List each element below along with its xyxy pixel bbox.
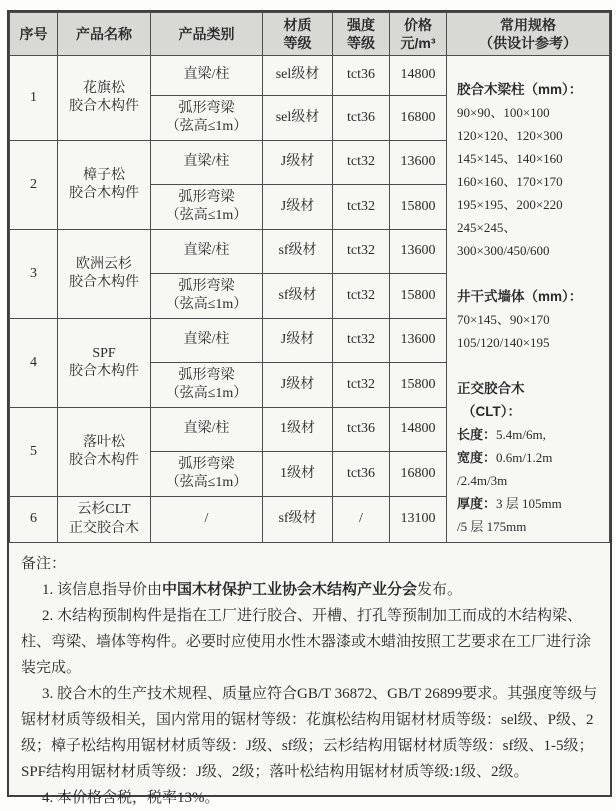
type-line: 直梁/柱	[153, 242, 260, 260]
header-line: 强度	[335, 16, 387, 34]
cell-product-type: 直梁/柱	[151, 319, 263, 363]
cell-seq: 6	[10, 497, 58, 543]
spec-line: 长度：5.4m/6m,	[457, 423, 605, 446]
product-name-line: 樟子松	[60, 167, 148, 185]
cell-material: J级材	[263, 141, 333, 185]
col-header-strength-grade: 强度 等级	[333, 13, 390, 56]
cell-seq: 2	[10, 141, 58, 230]
spec-line: 300×300/450/600	[457, 239, 605, 262]
cell-price: 13100	[390, 497, 447, 543]
cell-strength: tct32	[333, 274, 390, 319]
product-name-line: SPF	[60, 345, 148, 363]
type-line: 直梁/柱	[153, 331, 260, 349]
spec-title-clt: 正交胶合木	[457, 377, 605, 400]
spec-line: 160×160、170×170	[457, 170, 605, 193]
spec-line: 105/120/140×195	[457, 331, 605, 354]
cell-product-type: 弧形弯梁 （弦高≤1m）	[151, 363, 263, 408]
note-item-3: 3. 胶合木的生产技术规程、质量应符合GB/T 36872、GB/T 26899…	[21, 681, 598, 785]
spec-line: 145×145、140×160	[457, 147, 605, 170]
notes-title: 备注：	[21, 551, 598, 577]
cell-seq: 5	[10, 408, 58, 497]
cell-strength: /	[333, 497, 390, 543]
col-header-product-name: 产品名称	[58, 13, 151, 56]
type-line: /	[153, 510, 260, 528]
cell-material: J级材	[263, 185, 333, 230]
spec-value: 5.4m/6m,	[496, 427, 546, 442]
product-name-line: 正交胶合木	[60, 520, 148, 538]
header-line: 常用规格	[449, 16, 607, 34]
header-line: 材质	[265, 16, 330, 34]
product-name-line: 胶合木构件	[60, 452, 148, 470]
header-line: 元/m³	[392, 34, 444, 52]
type-line: 弧形弯梁	[153, 278, 260, 296]
cell-product-type: /	[151, 497, 263, 543]
cell-product-name: 欧洲云杉 胶合木构件	[58, 230, 151, 319]
cell-product-type: 弧形弯梁 （弦高≤1m）	[151, 96, 263, 141]
note-text: 1. 该信息指导价由	[42, 582, 162, 598]
type-line: 弧形弯梁	[153, 456, 260, 474]
spec-line: 70×145、90×170	[457, 308, 605, 331]
header-line: （供设计参考）	[449, 34, 607, 52]
cell-material: sel级材	[263, 56, 333, 96]
product-name-line: 欧洲云杉	[60, 256, 148, 274]
cell-product-name: 云杉CLT 正交胶合木	[58, 497, 151, 543]
cell-product-type: 直梁/柱	[151, 141, 263, 185]
product-name-line: 胶合木构件	[60, 185, 148, 203]
cell-product-name: 樟子松 胶合木构件	[58, 141, 151, 230]
note-item-1: 1. 该信息指导价由中国木材保护工业协会木结构产业分会发布。	[21, 577, 598, 603]
cell-price: 14800	[390, 56, 447, 96]
spec-value: 0.6m/1.2m	[496, 450, 552, 465]
cell-strength: tct32	[333, 230, 390, 274]
price-table: 序号 产品名称 产品类别 材质 等级 强度 等级 价格 元/m³ 常用规格 （供…	[9, 12, 610, 543]
spec-value: /5 层 175mm	[457, 519, 526, 534]
table-row: 1 花旗松 胶合木构件 直梁/柱 sel级材 tct36 14800 胶合木梁柱…	[10, 56, 610, 96]
spec-label: 宽度：	[457, 450, 496, 465]
cell-price: 14800	[390, 408, 447, 452]
cell-strength: tct32	[333, 185, 390, 230]
cell-price: 15800	[390, 274, 447, 319]
spec-label: 厚度：	[457, 496, 496, 511]
cell-seq: 3	[10, 230, 58, 319]
cell-product-name: 落叶松 胶合木构件	[58, 408, 151, 497]
header-line: 等级	[335, 34, 387, 52]
cell-strength: tct32	[333, 141, 390, 185]
col-header-material-grade: 材质 等级	[263, 13, 333, 56]
spec-gap	[457, 354, 605, 377]
cell-product-name: 花旗松 胶合木构件	[58, 56, 151, 141]
product-name-line: 胶合木构件	[60, 98, 148, 116]
note-item-4: 4. 本价格含税，税率13%。	[21, 785, 598, 811]
spec-line: /2.4m/3m	[457, 469, 605, 492]
type-line: （弦高≤1m）	[153, 474, 260, 492]
spec-line: 245×245、	[457, 216, 605, 239]
product-name-line: 胶合木构件	[60, 363, 148, 381]
type-line: 直梁/柱	[153, 153, 260, 171]
cell-price: 16800	[390, 96, 447, 141]
header-line: 价格	[392, 16, 444, 34]
type-line: （弦高≤1m）	[153, 207, 260, 225]
cell-product-type: 弧形弯梁 （弦高≤1m）	[151, 274, 263, 319]
product-name-line: 云杉CLT	[60, 501, 148, 519]
type-line: （弦高≤1m）	[153, 385, 260, 403]
spec-line: 宽度：0.6m/1.2m	[457, 446, 605, 469]
spec-title-glulam-beams: 胶合木梁柱（mm）：	[457, 78, 605, 101]
cell-common-specs: 胶合木梁柱（mm）： 90×90、100×100 120×120、120×300…	[447, 56, 610, 543]
spec-line: 90×90、100×100	[457, 101, 605, 124]
type-line: 弧形弯梁	[153, 189, 260, 207]
spec-line: /5 层 175mm	[457, 515, 605, 538]
type-line: 直梁/柱	[153, 66, 260, 84]
header-line: 等级	[265, 34, 330, 52]
cell-strength: tct36	[333, 56, 390, 96]
cell-material: sel级材	[263, 96, 333, 141]
cell-price: 13600	[390, 319, 447, 363]
cell-price: 15800	[390, 363, 447, 408]
document-sheet: 序号 产品名称 产品类别 材质 等级 强度 等级 价格 元/m³ 常用规格 （供…	[7, 10, 612, 797]
col-header-product-type: 产品类别	[151, 13, 263, 56]
notes-section: 备注： 1. 该信息指导价由中国木材保护工业协会木结构产业分会发布。 2. 木结…	[9, 543, 610, 811]
spec-title-log-walls: 井干式墙体（mm）：	[457, 285, 605, 308]
type-line: 直梁/柱	[153, 420, 260, 438]
cell-price: 16800	[390, 452, 447, 497]
spec-title-clt-2: （CLT）：	[457, 400, 605, 423]
product-name-line: 胶合木构件	[60, 274, 148, 292]
col-header-specs: 常用规格 （供设计参考）	[447, 13, 610, 56]
cell-product-type: 直梁/柱	[151, 408, 263, 452]
cell-material: J级材	[263, 319, 333, 363]
note-item-2: 2. 木结构预制构件是指在工厂进行胶合、开槽、打孔等预制加工而成的木结构梁、柱、…	[21, 603, 598, 681]
spec-line: 120×120、120×300	[457, 124, 605, 147]
spec-label: 长度：	[457, 427, 496, 442]
cell-material: 1级材	[263, 452, 333, 497]
cell-price: 13600	[390, 230, 447, 274]
cell-product-name: SPF 胶合木构件	[58, 319, 151, 408]
col-header-seq: 序号	[10, 13, 58, 56]
type-line: 弧形弯梁	[153, 100, 260, 118]
spec-line: 195×195、200×220	[457, 193, 605, 216]
spec-value: 3 层 105mm	[496, 496, 562, 511]
cell-material: sf级材	[263, 497, 333, 543]
cell-strength: tct32	[333, 319, 390, 363]
type-line: （弦高≤1m）	[153, 296, 260, 314]
product-name-line: 落叶松	[60, 434, 148, 452]
cell-strength: tct36	[333, 96, 390, 141]
cell-material: 1级材	[263, 408, 333, 452]
type-line: 弧形弯梁	[153, 367, 260, 385]
cell-material: sf级材	[263, 274, 333, 319]
cell-price: 15800	[390, 185, 447, 230]
cell-seq: 4	[10, 319, 58, 408]
spec-gap	[457, 262, 605, 285]
spec-line: 厚度：3 层 105mm	[457, 492, 605, 515]
cell-product-type: 直梁/柱	[151, 230, 263, 274]
note-bold-issuer: 中国木材保护工业协会木结构产业分会	[162, 581, 417, 598]
note-text: 发布。	[417, 582, 462, 598]
cell-price: 13600	[390, 141, 447, 185]
cell-material: sf级材	[263, 230, 333, 274]
spec-value: /2.4m/3m	[457, 473, 507, 488]
table-header-row: 序号 产品名称 产品类别 材质 等级 强度 等级 价格 元/m³ 常用规格 （供…	[10, 13, 610, 56]
cell-strength: tct36	[333, 452, 390, 497]
cell-strength: tct32	[333, 363, 390, 408]
cell-seq: 1	[10, 56, 58, 141]
col-header-price: 价格 元/m³	[390, 13, 447, 56]
cell-product-type: 弧形弯梁 （弦高≤1m）	[151, 185, 263, 230]
type-line: （弦高≤1m）	[153, 118, 260, 136]
product-name-line: 花旗松	[60, 80, 148, 98]
cell-strength: tct36	[333, 408, 390, 452]
cell-product-type: 弧形弯梁 （弦高≤1m）	[151, 452, 263, 497]
cell-material: J级材	[263, 363, 333, 408]
cell-product-type: 直梁/柱	[151, 56, 263, 96]
